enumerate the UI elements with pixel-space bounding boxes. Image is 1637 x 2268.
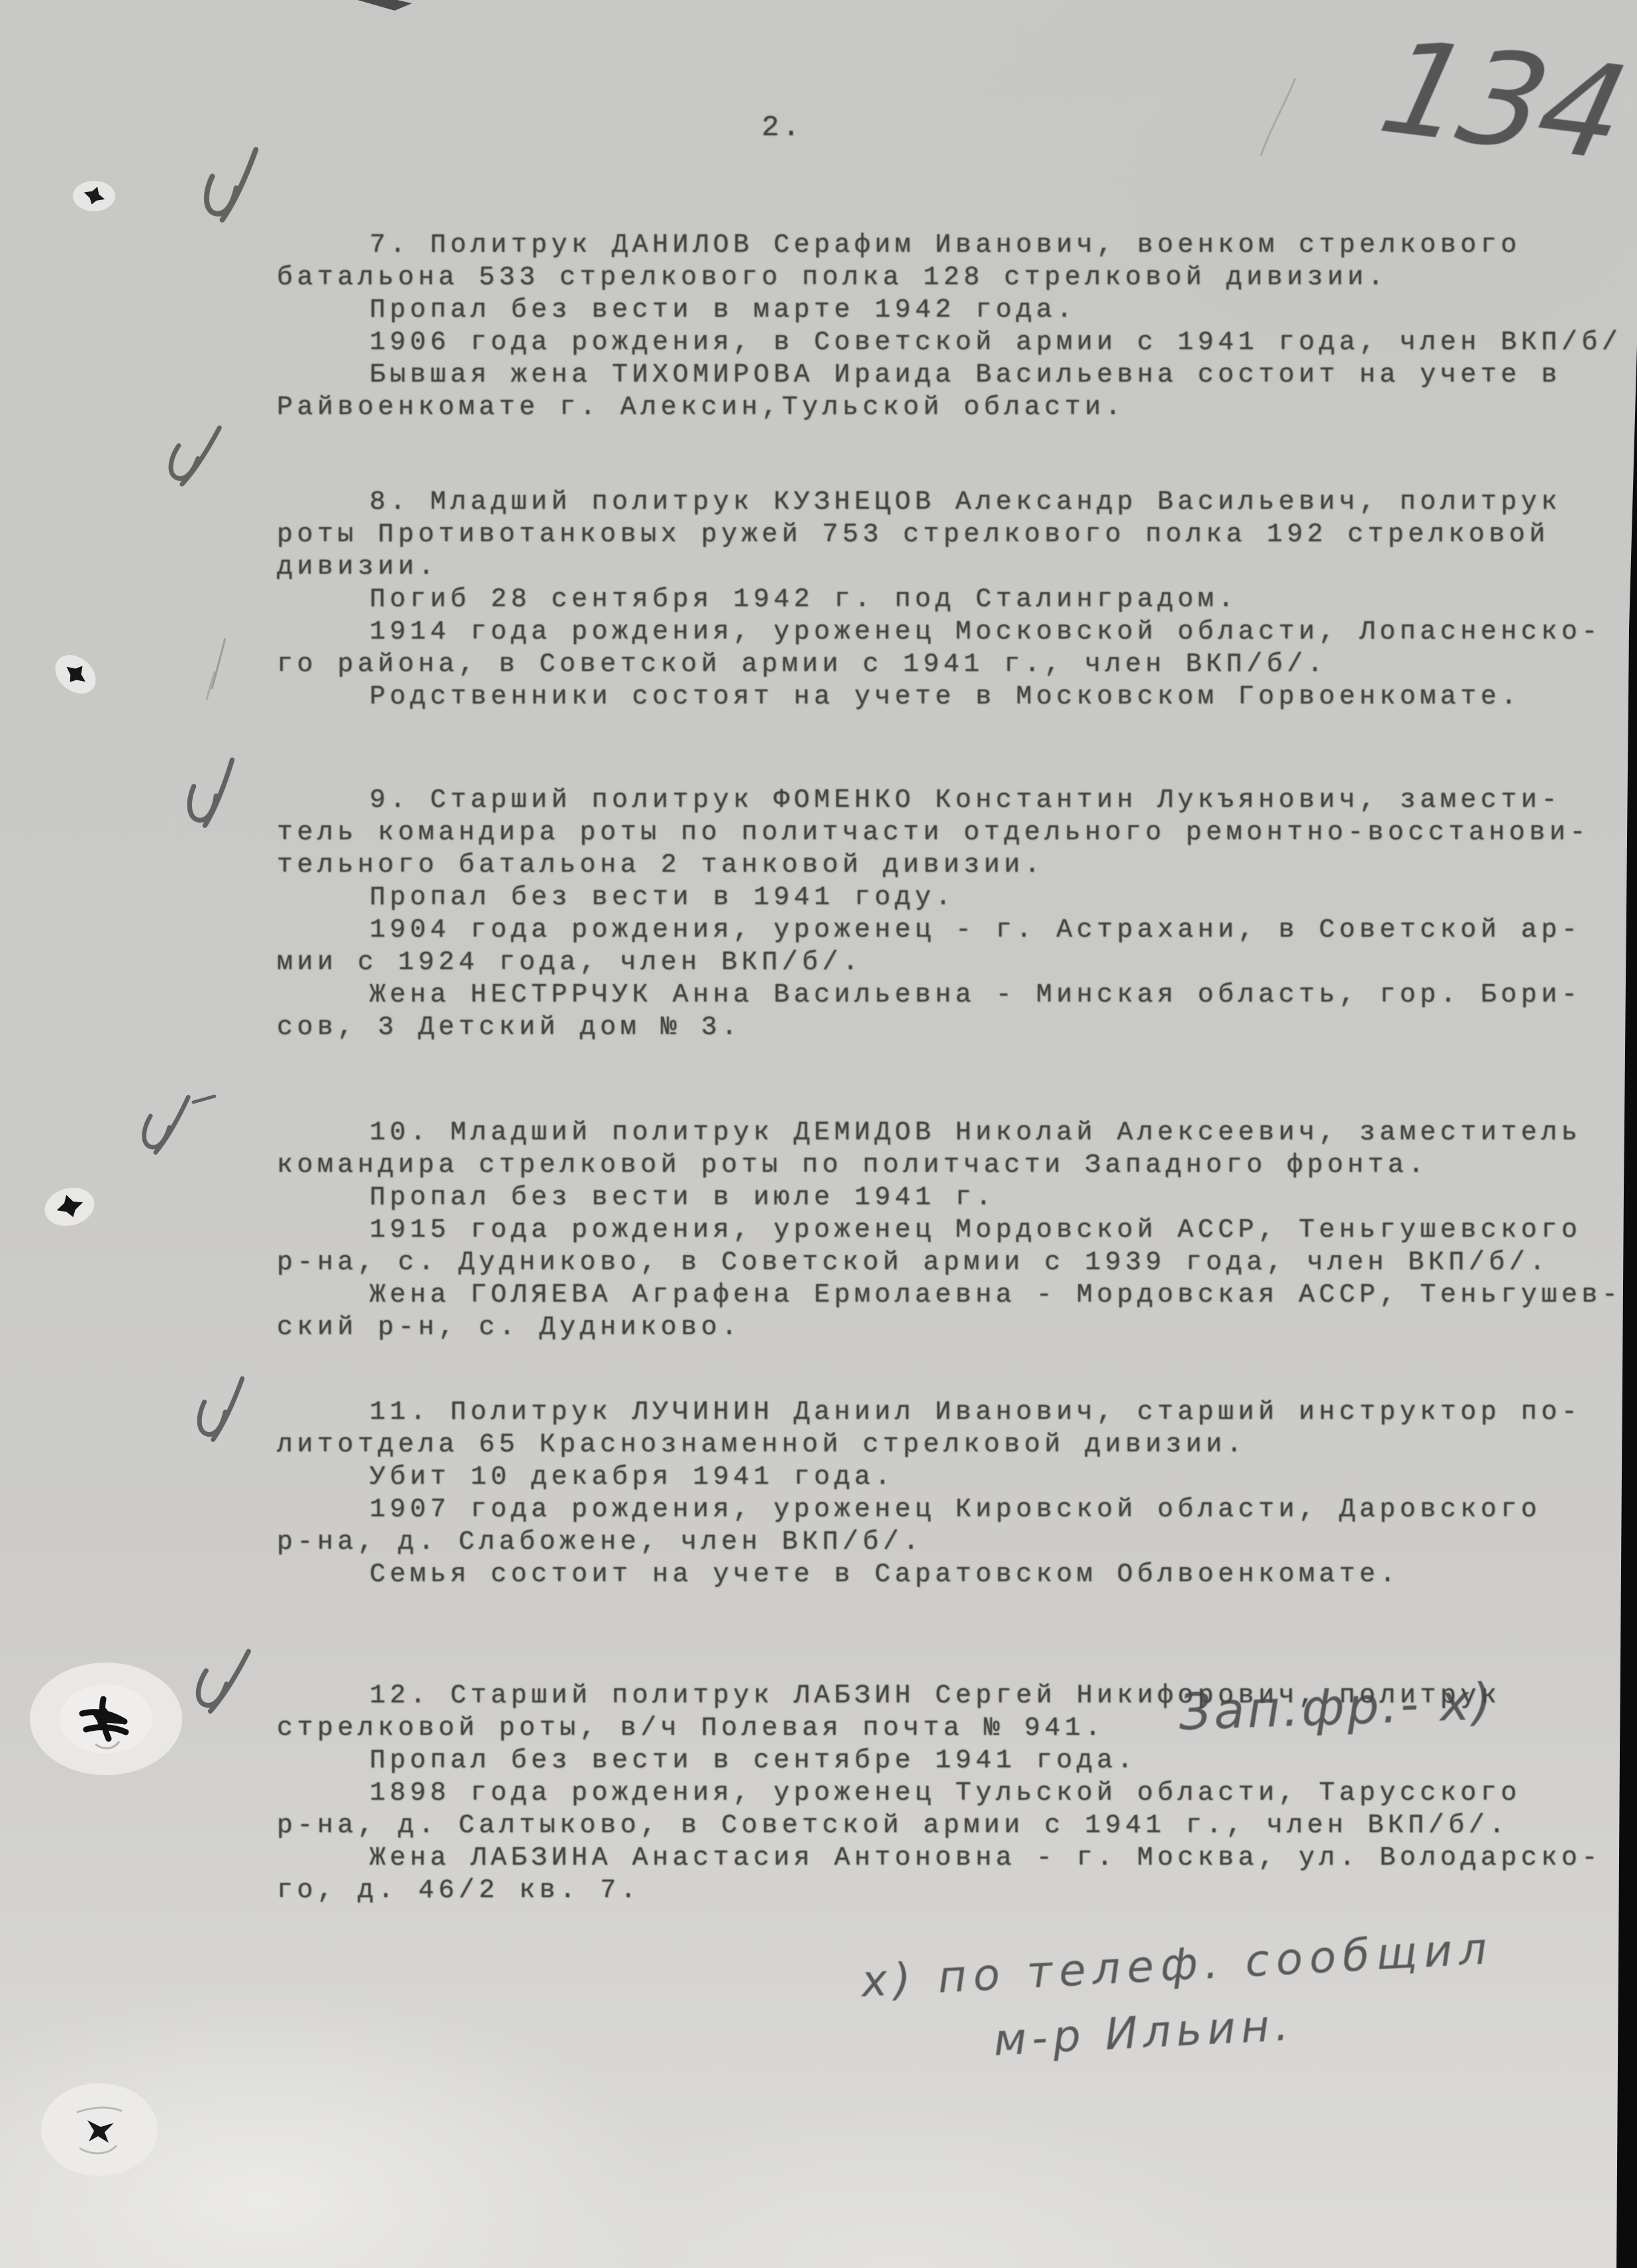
- margin-check-mark-dash: [193, 1096, 215, 1102]
- margin-check-mark-icon: [184, 760, 241, 827]
- margin-check-mark-icon: [203, 150, 262, 221]
- paper-tear: [30, 1663, 182, 1775]
- scratch-mark: [1261, 78, 1295, 156]
- punch-hole: [48, 647, 103, 701]
- margin-check-mark-icon: [196, 1378, 248, 1441]
- artifact-layer: [0, 0, 1637, 2268]
- scratch-mark: [212, 639, 225, 689]
- edge-smudge: [358, 0, 412, 11]
- margin-check-mark-icon: [144, 1097, 189, 1153]
- punch-hole: [73, 181, 115, 211]
- punch-hole: [40, 1182, 99, 1231]
- paper-tear: [41, 2083, 158, 2176]
- margin-check-mark-icon: [170, 425, 220, 486]
- scanned-document-page: 2. 134 7. Политрук ДАНИЛОВ Серафим Ивано…: [0, 0, 1637, 2268]
- margin-check-mark-icon: [198, 1649, 249, 1712]
